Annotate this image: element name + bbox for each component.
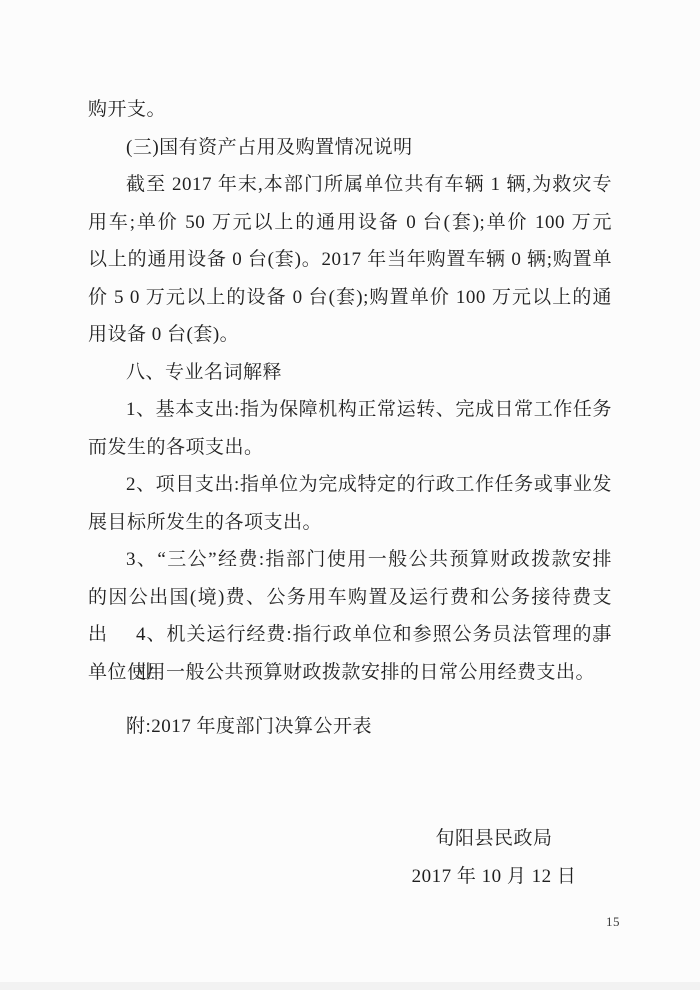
text-line: 3、“三公”经费:指部门使用一般公共预算财政拨款安排	[88, 541, 612, 579]
text-line: 价 5 0 万元以上的设备 0 台(套);购置单价 100 万元以上的通	[88, 279, 612, 317]
text-line: 的因公出国(境)费、公务用车购置及运行费和公务接待费支出。	[88, 579, 612, 617]
signature-date: 2017 年 10 月 12 日	[374, 858, 614, 896]
signature-organization: 旬阳县民政局	[374, 820, 614, 858]
text-line: 截至 2017 年末,本部门所属单位共有车辆 1 辆,为救灾专	[88, 166, 612, 204]
document-page: 购开支。 (三)国有资产占用及购置情况说明 截至 2017 年末,本部门所属单位…	[0, 0, 700, 990]
text-line: 用车;单价 50 万元以上的通用设备 0 台(套);单价 100 万元	[88, 204, 612, 242]
text-line: 展目标所发生的各项支出。	[88, 504, 612, 542]
text-line: 用设备 0 台(套)。	[88, 316, 612, 354]
text-line: 1、基本支出:指为保障机构正常运转、完成日常工作任务	[88, 391, 612, 429]
document-body: 购开支。 (三)国有资产占用及购置情况说明 截至 2017 年末,本部门所属单位…	[88, 91, 612, 746]
text-line: 以上的通用设备 0 台(套)。2017 年当年购置车辆 0 辆;购置单	[88, 241, 612, 279]
attachment-note-line: 附:2017 年度部门决算公开表	[88, 708, 612, 746]
text-line: 4、机关运行经费:指行政单位和参照公务员法管理的事业	[88, 616, 612, 654]
text-line: 2、项目支出:指单位为完成特定的行政工作任务或事业发	[88, 466, 612, 504]
signature-block: 旬阳县民政局 2017 年 10 月 12 日	[374, 820, 614, 895]
text-line: 单位使用一般公共预算财政拨款安排的日常公用经费支出。	[88, 654, 612, 692]
text-line: 八、专业名词解释	[88, 354, 612, 392]
page-bottom-edge	[0, 982, 700, 990]
text-line: 购开支。	[88, 91, 612, 129]
text-line: (三)国有资产占用及购置情况说明	[88, 129, 612, 167]
page-number: 15	[606, 914, 620, 930]
text-line: 而发生的各项支出。	[88, 429, 612, 467]
